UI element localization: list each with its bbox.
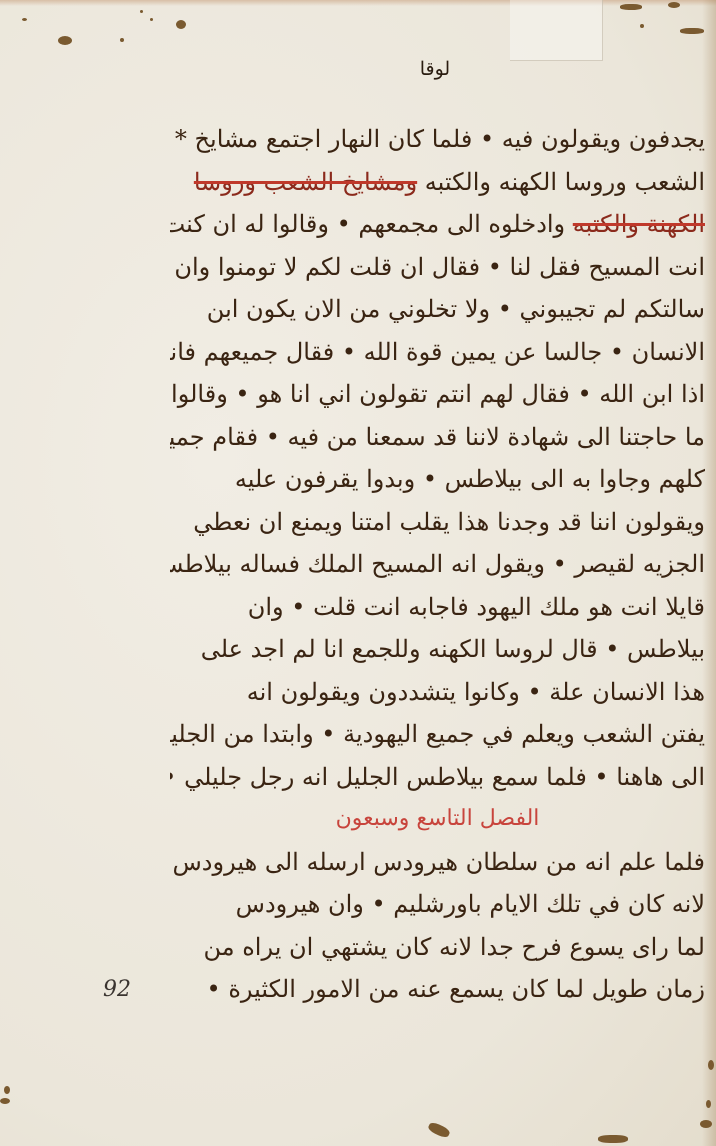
text-segment: الشعب وروسا الكهنه والكتبه	[425, 168, 705, 196]
text-line: الى هاهنا • فلما سمع بيلاطس الجليل انه ر…	[170, 756, 705, 799]
text-line: لانه كان في تلك الايام باورشليم • وان هي…	[170, 883, 705, 926]
wormhole	[4, 1086, 10, 1094]
text-line: فلما علم انه من سلطان هيرودس ارسله الى ه…	[170, 841, 705, 884]
wormhole	[0, 1098, 10, 1104]
wormhole	[620, 4, 642, 10]
struck-out-text: الكهنة والكتبه	[573, 210, 705, 238]
wormhole	[700, 1120, 712, 1128]
wormhole	[598, 1135, 628, 1143]
wormhole	[140, 10, 143, 13]
text-line: الكهنة والكتبه وادخلوه الى مجمعهم • وقال…	[170, 203, 705, 246]
repair-tape	[510, 0, 603, 61]
text-line: يفتن الشعب ويعلم في جميع اليهودية • وابت…	[170, 713, 705, 756]
text-line: اذا ابن الله • فقال لهم انتم تقولون اني …	[170, 373, 705, 416]
struck-out-text: ومشايخ الشعب وروسا	[194, 168, 417, 196]
text-line: يجدفون ويقولون فيه • فلما كان النهار اجت…	[170, 118, 705, 161]
text-line: الجزيه لقيصر • ويقول انه المسيح الملك فس…	[170, 543, 705, 586]
chapter-heading-rubric: الفصل التاسع وسبعون	[170, 798, 705, 841]
text-line: قايلا انت هو ملك اليهود فاجابه انت قلت •…	[170, 586, 705, 629]
book-title-header: لوقا	[405, 58, 465, 80]
folio-number: 92	[103, 977, 131, 1002]
wormhole	[120, 38, 124, 42]
text-line: الشعب وروسا الكهنه والكتبه ومشايخ الشعب …	[170, 161, 705, 204]
text-line: كلهم وجاوا به الى بيلاطس • وبدوا يقرفون …	[170, 458, 705, 501]
text-line: بيلاطس • قال لروسا الكهنه وللجمع انا لم …	[170, 628, 705, 671]
wormhole	[176, 20, 186, 29]
manuscript-page: لوقا يجدفون ويقولون فيه • فلما كان النها…	[0, 0, 716, 1146]
wormhole	[427, 1121, 451, 1139]
text-line: هذا الانسان علة • وكانوا يتشددون ويقولون…	[170, 671, 705, 714]
text-line: زمان طويل لما كان يسمع عنه من الامور الك…	[170, 968, 705, 1011]
wormhole	[150, 18, 153, 21]
text-line: لما راى يسوع فرح جدا لانه كان يشتهي ان ي…	[170, 926, 705, 969]
text-line: الانسان • جالسا عن يمين قوة الله • فقال …	[170, 331, 705, 374]
page-top-edge	[0, 0, 716, 6]
wormhole	[22, 18, 27, 21]
manuscript-text: يجدفون ويقولون فيه • فلما كان النهار اجت…	[170, 118, 705, 1011]
text-line: ما حاجتنا الى شهادة لاننا قد سمعنا من في…	[170, 416, 705, 459]
wormhole	[680, 28, 704, 34]
wormhole	[668, 2, 680, 8]
wormhole	[640, 24, 644, 28]
wormhole	[706, 1100, 711, 1108]
text-segment: وادخلوه الى مجمعهم • وقالوا له ان كنت	[170, 210, 565, 238]
wormhole	[708, 1060, 714, 1070]
text-line: ويقولون اننا قد وجدنا هذا يقلب امتنا ويم…	[170, 501, 705, 544]
text-line: سالتكم لم تجيبوني • ولا تخلوني من الان ي…	[170, 288, 705, 331]
text-line: انت المسيح فقل لنا • فقال ان قلت لكم لا …	[170, 246, 705, 289]
wormhole	[58, 36, 72, 45]
